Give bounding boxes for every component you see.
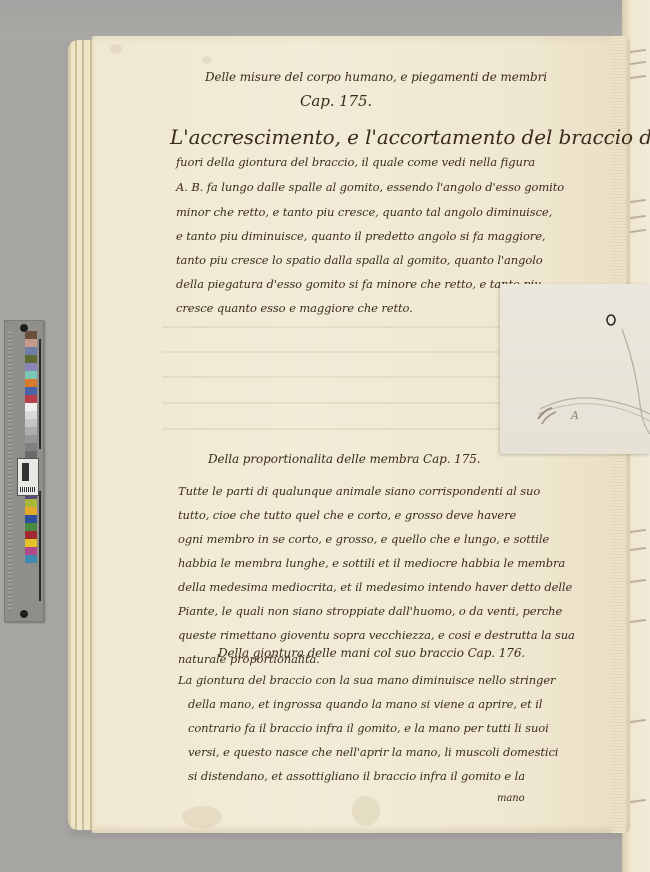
target-edge (39, 491, 41, 601)
color-swatch (25, 403, 37, 411)
color-swatch (25, 555, 37, 563)
text-line: habbia le membra lunghe, e sottili et il… (178, 556, 565, 570)
registration-dot (20, 610, 28, 618)
text-line: cresce quanto esso e maggiore che retto. (176, 301, 413, 315)
target-label-card (17, 458, 39, 496)
color-swatch (25, 363, 37, 371)
text-line: versi, e questo nasce che nell'aprir la … (188, 745, 558, 759)
text-line: contrario fa il braccio infra il gomito,… (188, 721, 549, 735)
color-swatch (25, 347, 37, 355)
text-line: della medesima mediocrita, et il medesim… (178, 580, 572, 594)
color-swatch (25, 331, 37, 339)
color-swatch (25, 371, 37, 379)
color-swatch (25, 515, 37, 523)
catchword: mano (497, 793, 525, 804)
color-swatch (25, 419, 37, 427)
tipped-in-sketch-flap: A (500, 284, 650, 454)
color-swatch (25, 379, 37, 387)
color-swatch (25, 531, 37, 539)
text-line: della piegatura d'esso gomito si fa mino… (176, 277, 541, 291)
color-swatch (25, 523, 37, 531)
text-line: fuori della giontura del braccio, il qua… (176, 155, 535, 169)
text-line: La giontura del braccio con la sua mano … (178, 673, 555, 687)
chapter-number: Cap. 175. (300, 92, 372, 110)
text-line: A. B. fa lungo dalle spalle al gomito, e… (176, 180, 564, 194)
target-edge (39, 339, 41, 449)
color-calibration-target (4, 320, 44, 622)
color-swatch (25, 427, 37, 435)
text-line: Tutte le parti di qualunque animale sian… (178, 484, 540, 498)
text-line: e tanto piu diminuisce, quanto il predet… (176, 229, 545, 243)
text-line: tanto piu cresce lo spatio dalla spalla … (176, 253, 543, 267)
color-swatches (25, 331, 37, 563)
color-swatch (25, 395, 37, 403)
scanner-background (0, 0, 650, 40)
color-swatch (25, 435, 37, 443)
color-swatch (25, 539, 37, 547)
section-heading: Della giontura delle mani col suo bracci… (218, 646, 525, 660)
figure-label: A (571, 409, 579, 422)
color-swatch (25, 339, 37, 347)
text-line: minor che retto, e tanto piu cresce, qua… (176, 205, 552, 219)
color-swatch (25, 507, 37, 515)
text-line: queste rimettano gioventu sopra vecchiez… (178, 628, 575, 642)
text-line: L'accrescimento, e l'accortamento del br… (170, 125, 650, 149)
text-line: Piante, le quali non siano stroppiate da… (178, 604, 562, 618)
color-swatch (25, 499, 37, 507)
text-line: si distendano, et assottigliano il bracc… (188, 769, 525, 783)
text-line: ogni membro in se corto, e grosso, e que… (178, 532, 549, 546)
color-swatch (25, 387, 37, 395)
text-line: tutto, cioe che tutto quel che e corto, … (178, 508, 516, 522)
color-swatch (25, 355, 37, 363)
color-swatch (25, 547, 37, 555)
color-swatch (25, 411, 37, 419)
text-line: della mano, et ingrossa quando la mano s… (188, 697, 542, 711)
arm-sketch-icon (500, 284, 650, 454)
section-heading: Delle misure del corpo humano, e piegame… (205, 70, 547, 84)
scale-ruler (8, 331, 12, 611)
section-heading: Della proportionalita delle membra Cap. … (208, 452, 480, 466)
color-swatch (25, 443, 37, 451)
